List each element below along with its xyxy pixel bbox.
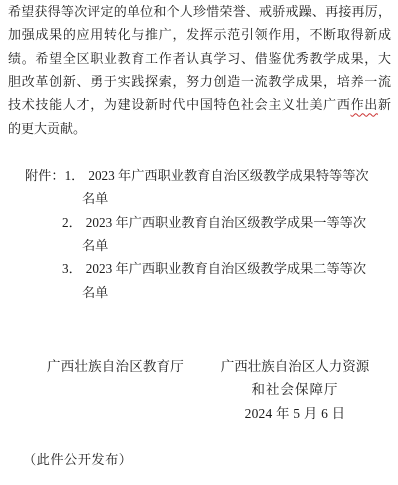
attachment-item-number: 3． [62,261,86,276]
attachment-item-number: 1． [65,168,89,183]
attachment-item: 附件：1．2023 年广西职业教育自治区级教学成果特等等次 [8,164,391,187]
attachment-list: 附件：1．2023 年广西职业教育自治区级教学成果特等等次 名单 2．2023 … [8,164,391,304]
document-page: 希望获得等次评定的单位和个人珍惜荣誉、戒骄戒躁、再接再厉， 加强成果的应用转化与… [0,0,398,485]
body-line-text: 技术技能人才，为建设新时代中国特色社会主义壮美广西 [8,97,351,112]
signature-right-org-line1: 广西壮族自治区人力资源 [218,355,372,378]
attachment-label: 附件： [25,168,65,183]
attachment-item: 2．2023 年广西职业教育自治区级教学成果一等等次 [8,211,391,234]
attachment-item-title: 2023 年广西职业教育自治区级教学成果二等等次 [86,261,366,276]
signature-block: 广西壮族自治区教育厅 广西壮族自治区人力资源 和社会保障厅 2024 年 5 月… [8,355,391,425]
body-line-text: 新 [378,97,391,112]
signature-right-org-line2: 和社会保障厅 [218,378,372,401]
attachment-item-continuation: 名单 [8,234,391,257]
body-line: 的更大贡献。 [8,117,391,140]
attachment-item-title: 2023 年广西职业教育自治区级教学成果特等等次 [88,168,368,183]
body-line: 胆改革创新、勇于实践探索，努力创造一流教学成果，培养一流 [8,70,391,93]
spellcheck-flagged-text: 作出 [351,97,378,112]
signature-date: 2024 年 5 月 6 日 [218,402,372,425]
attachment-item-title: 2023 年广西职业教育自治区级教学成果一等等次 [86,215,366,230]
attachment-item-continuation: 名单 [8,281,391,304]
body-line: 加强成果的应用转化与推广，发挥示范引领作用，不断取得新成 [8,23,391,46]
attachment-item: 3．2023 年广西职业教育自治区级教学成果二等等次 [8,257,391,280]
body-line: 绩。希望全区职业教育工作者认真学习、借鉴优秀教学成果，大 [8,47,391,70]
signature-left-org: 广西壮族自治区教育厅 [47,355,184,378]
body-line: 希望获得等次评定的单位和个人珍惜荣誉、戒骄戒躁、再接再厉， [8,0,391,23]
signature-right-org: 广西壮族自治区人力资源 和社会保障厅 2024 年 5 月 6 日 [218,355,372,425]
body-line: 技术技能人才，为建设新时代中国特色社会主义壮美广西作出新 [8,93,391,116]
footer-note: （此件公开发布） [23,448,391,471]
body-paragraph: 希望获得等次评定的单位和个人珍惜荣誉、戒骄戒躁、再接再厉， 加强成果的应用转化与… [8,0,391,140]
attachment-item-continuation: 名单 [8,187,391,210]
attachment-item-number: 2． [62,215,86,230]
